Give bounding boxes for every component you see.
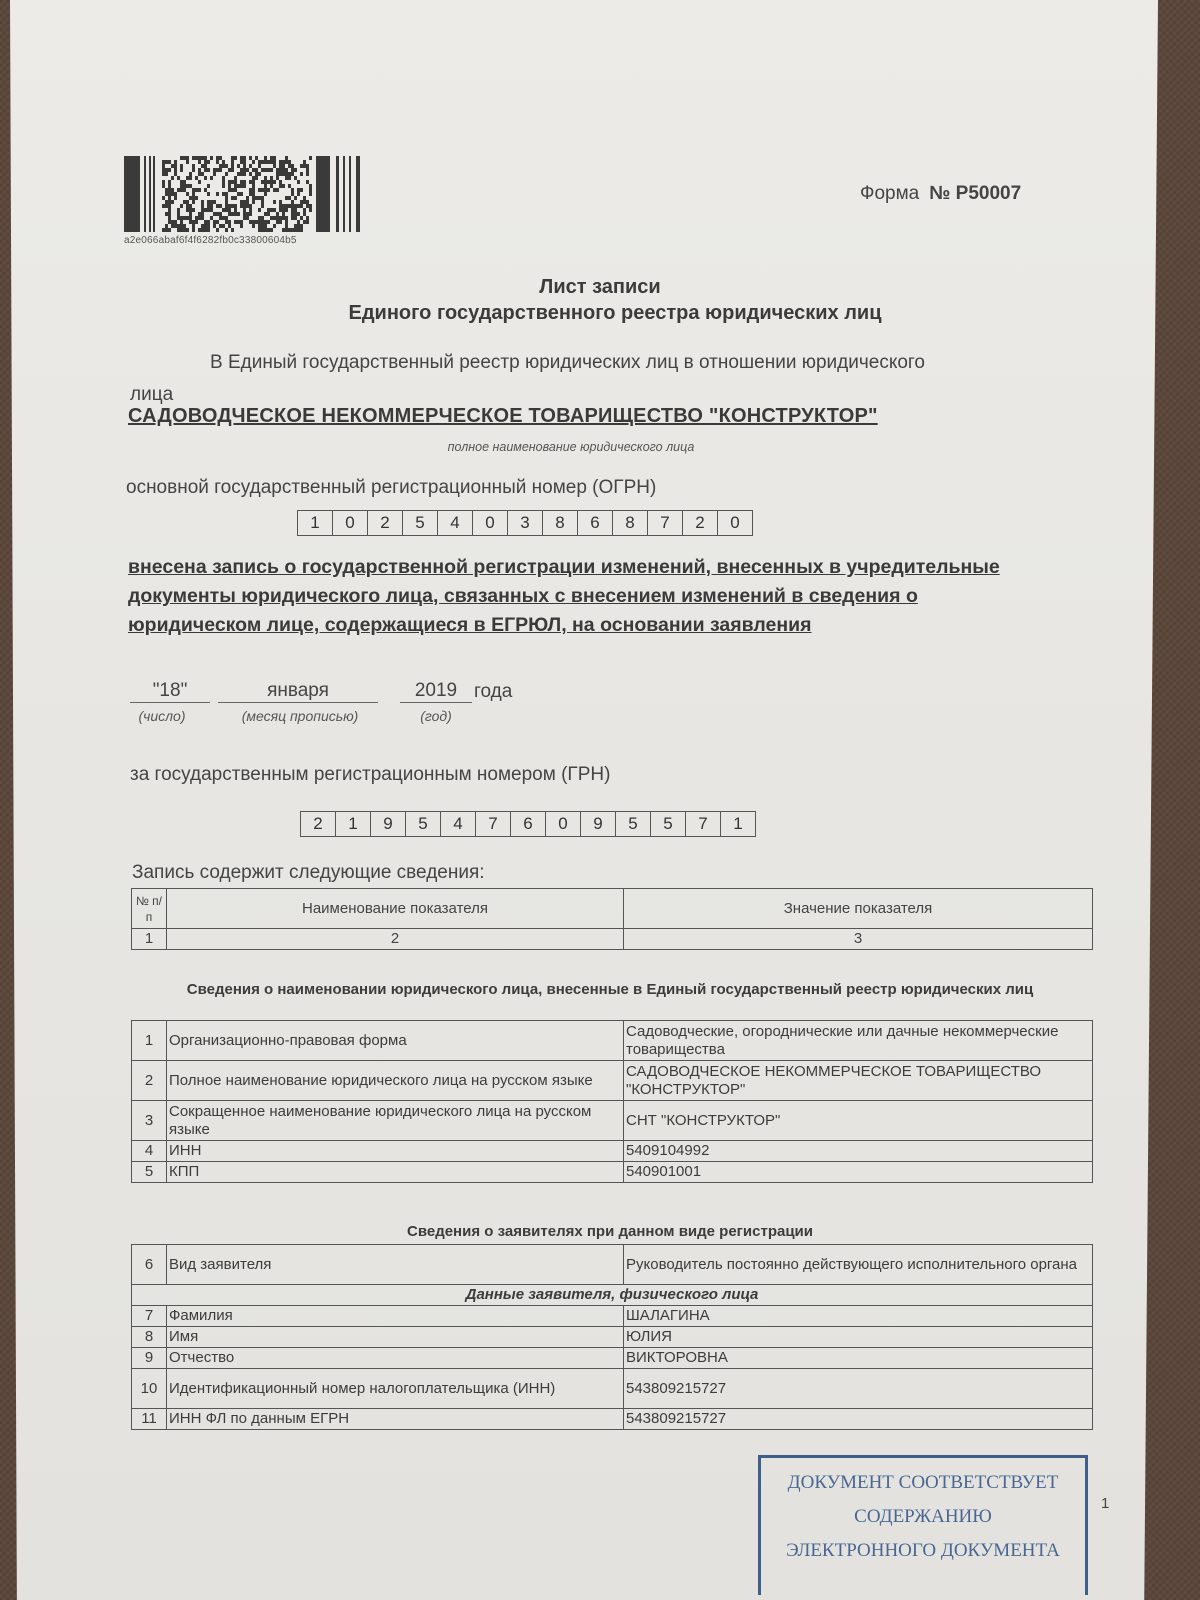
barcode-icon	[124, 156, 374, 232]
conformity-stamp: ДОКУМЕНТ СООТВЕТСТВУЕТ СОДЕРЖАНИЮ ЭЛЕКТР…	[758, 1455, 1088, 1595]
stamp-line2: СОДЕРЖАНИЮ	[761, 1500, 1085, 1534]
ogrn-digit: 1	[298, 511, 333, 535]
ogrn-label: основной государственный регистрационный…	[126, 477, 656, 499]
table-row: 2Полное наименование юридического лица н…	[132, 1061, 1093, 1101]
row-value: 5409104992	[624, 1141, 1093, 1162]
header-table: № п/п Наименование показателя Значение п…	[131, 888, 1093, 950]
ogrn-digit: 0	[718, 511, 752, 535]
ogrn-digit: 5	[403, 511, 438, 535]
row-value: 543809215727	[624, 1409, 1093, 1430]
date-month-caption: (месяц прописью)	[222, 708, 378, 724]
table-row: 4ИНН5409104992	[132, 1141, 1093, 1162]
table-row: 3Сокращенное наименование юридического л…	[132, 1101, 1093, 1141]
row-value: Садоводческие, огороднические или дачные…	[624, 1021, 1093, 1061]
col-index-1: 1	[132, 929, 167, 950]
section-applicant-title: Сведения о заявителях при данном виде ре…	[130, 1222, 1090, 1241]
date-year: 2019	[400, 680, 472, 703]
date-day: "18"	[130, 680, 210, 703]
organization-name-caption: полное наименование юридического лица	[0, 440, 1142, 454]
date-month: января	[218, 680, 378, 703]
row-number: 6	[132, 1245, 167, 1285]
ogrn-digit: 0	[473, 511, 508, 535]
table-row: 6 Вид заявителя Руководитель постоянно д…	[132, 1245, 1093, 1285]
ogrn-digit: 6	[578, 511, 613, 535]
row-number: 9	[132, 1348, 167, 1369]
record-description: внесена запись о государственной регистр…	[128, 553, 1028, 640]
document-subtitle: Единого государственного реестра юридиче…	[0, 302, 1200, 325]
grn-digit: 4	[441, 812, 476, 836]
row-name: Сокращенное наименование юридического ли…	[167, 1101, 624, 1141]
row-number: 5	[132, 1162, 167, 1183]
col-index-3: 3	[624, 929, 1093, 950]
page-number: 1	[1101, 1495, 1109, 1512]
row-name: Организационно-правовая форма	[167, 1021, 624, 1061]
row-number: 11	[132, 1409, 167, 1430]
row-value: Руководитель постоянно действующего испо…	[624, 1245, 1093, 1285]
table-row: 9ОтчествоВИКТОРОВНА	[132, 1348, 1093, 1369]
intro-text-line1: В Единый государственный реестр юридичес…	[210, 352, 925, 374]
table-row: 10Идентификационный номер налогоплательщ…	[132, 1369, 1093, 1409]
intro-text-line2: лица	[130, 384, 173, 406]
row-number: 4	[132, 1141, 167, 1162]
grn-digit: 5	[651, 812, 686, 836]
grn-digit: 7	[476, 812, 511, 836]
ogrn-digit: 8	[543, 511, 578, 535]
grn-digit: 9	[581, 812, 616, 836]
grn-digit-boxes: 2195476095571	[300, 811, 756, 837]
row-value: 543809215727	[624, 1369, 1093, 1409]
grn-digit: 2	[301, 812, 336, 836]
col-value-header: Значение показателя	[624, 889, 1093, 929]
row-number: 10	[132, 1369, 167, 1409]
date-year-suffix: года	[474, 681, 512, 703]
contents-label: Запись содержит следующие сведения:	[132, 862, 485, 884]
row-name: Идентификационный номер налогоплательщик…	[167, 1369, 624, 1409]
grn-digit: 1	[721, 812, 755, 836]
row-name: Отчество	[167, 1348, 624, 1369]
ogrn-digit: 8	[613, 511, 648, 535]
row-name: Фамилия	[167, 1306, 624, 1327]
organization-full-name: САДОВОДЧЕСКОЕ НЕКОММЕРЧЕСКОЕ ТОВАРИЩЕСТВ…	[128, 405, 878, 428]
row-value: ВИКТОРОВНА	[624, 1348, 1093, 1369]
form-number: Форма№ Р50007	[860, 183, 1021, 205]
table-row: 7ФамилияШАЛАГИНА	[132, 1306, 1093, 1327]
grn-digit: 1	[336, 812, 371, 836]
ogrn-digit: 7	[648, 511, 683, 535]
barcode-hash: a2e066abaf6f4f6282fb0c33800604b5	[124, 235, 297, 246]
row-value: ШАЛАГИНА	[624, 1306, 1093, 1327]
table-row: 8ИмяЮЛИЯ	[132, 1327, 1093, 1348]
table-row: 5КПП540901001	[132, 1162, 1093, 1183]
form-code: № Р50007	[929, 183, 1021, 204]
row-name: Имя	[167, 1327, 624, 1348]
row-number: 7	[132, 1306, 167, 1327]
grn-digit: 6	[511, 812, 546, 836]
row-name: Вид заявителя	[167, 1245, 624, 1285]
row-value: САДОВОДЧЕСКОЕ НЕКОММЕРЧЕСКОЕ ТОВАРИЩЕСТВ…	[624, 1061, 1093, 1101]
section-name-table: 1Организационно-правовая формаСадоводчес…	[131, 1020, 1093, 1183]
section-applicant-table: 6 Вид заявителя Руководитель постоянно д…	[131, 1244, 1093, 1430]
section-name-title: Сведения о наименовании юридического лиц…	[130, 980, 1090, 999]
row-name: Полное наименование юридического лица на…	[167, 1061, 624, 1101]
grn-digit: 9	[371, 812, 406, 836]
grn-digit: 7	[686, 812, 721, 836]
ogrn-digit: 3	[508, 511, 543, 535]
row-value: СНТ "КОНСТРУКТОР"	[624, 1101, 1093, 1141]
ogrn-digit-boxes: 1025403868720	[297, 510, 753, 536]
row-number: 2	[132, 1061, 167, 1101]
ogrn-digit: 2	[368, 511, 403, 535]
col-name-header: Наименование показателя	[167, 889, 624, 929]
applicant-subheader: Данные заявителя, физического лица	[132, 1285, 1093, 1306]
grn-digit: 5	[616, 812, 651, 836]
row-value: ЮЛИЯ	[624, 1327, 1093, 1348]
row-value: 540901001	[624, 1162, 1093, 1183]
table-row: 1Организационно-правовая формаСадоводчес…	[132, 1021, 1093, 1061]
stamp-line3: ЭЛЕКТРОННОГО ДОКУМЕНТА	[761, 1534, 1085, 1568]
grn-digit: 5	[406, 812, 441, 836]
row-number: 3	[132, 1101, 167, 1141]
ogrn-digit: 2	[683, 511, 718, 535]
grn-label: за государственным регистрационным номер…	[130, 764, 610, 786]
row-number: 1	[132, 1021, 167, 1061]
ogrn-digit: 0	[333, 511, 368, 535]
col-no-header: № п/п	[132, 889, 167, 929]
row-name: ИНН ФЛ по данным ЕГРН	[167, 1409, 624, 1430]
stamp-line1: ДОКУМЕНТ СООТВЕТСТВУЕТ	[761, 1466, 1085, 1500]
row-name: ИНН	[167, 1141, 624, 1162]
date-day-caption: (число)	[122, 708, 202, 724]
row-number: 8	[132, 1327, 167, 1348]
form-label: Форма	[860, 183, 919, 204]
row-name: КПП	[167, 1162, 624, 1183]
table-row: 11ИНН ФЛ по данным ЕГРН543809215727	[132, 1409, 1093, 1430]
ogrn-digit: 4	[438, 511, 473, 535]
col-index-2: 2	[167, 929, 624, 950]
date-year-caption: (год)	[400, 708, 472, 724]
document-title: Лист записи	[0, 276, 1200, 299]
grn-digit: 0	[546, 812, 581, 836]
